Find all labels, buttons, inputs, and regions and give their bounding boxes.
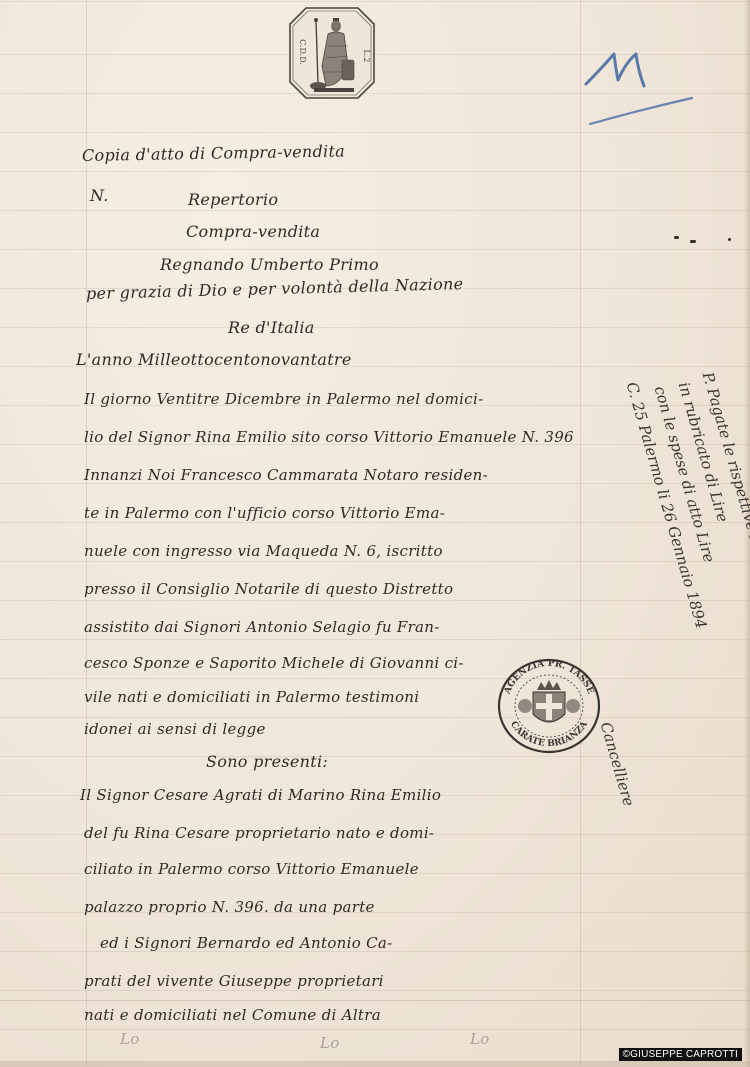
body-line: ed i Signori Bernardo ed Antonio Ca- — [100, 934, 393, 952]
ink-blot — [728, 238, 731, 241]
paper-edge-bottom — [0, 1061, 750, 1067]
bleed-through-mark: Lo — [320, 1034, 340, 1052]
savoy-shield-icon — [518, 680, 580, 722]
year-line: L'anno Milleottocentonovantatre — [76, 350, 352, 369]
body-line: palazzo proprio N. 396. da una parte — [84, 898, 375, 916]
repertorio-label: Repertorio — [188, 190, 278, 209]
fold-line — [0, 1000, 750, 1001]
tax-agency-seal: AGENZIA PR. TASSE CARATE BRIANZA — [493, 656, 605, 756]
bleed-through-mark: Lo — [470, 1030, 490, 1048]
blue-crayon-mark — [580, 40, 700, 125]
body-line: vile nati e domiciliati in Palermo testi… — [84, 688, 419, 706]
stamp-italia-figure-icon: C.D.D. L.2 — [288, 6, 376, 100]
document-page: C.D.D. L.2 Copia d'atto di Compra-vendit… — [0, 0, 750, 1067]
revenue-stamp: C.D.D. L.2 — [288, 6, 376, 100]
body-line: assistito dai Signori Antonio Selagio fu… — [84, 618, 440, 636]
body-line: presso il Consiglio Notarile di questo D… — [84, 580, 453, 598]
body-line: lio del Signor Rina Emilio sito corso Vi… — [84, 428, 574, 446]
bleed-through-mark: Lo — [120, 1030, 140, 1048]
body-line: nuele con ingresso via Maqueda N. 6, isc… — [84, 542, 443, 560]
deed-number-label: N. — [90, 186, 109, 205]
body-line: Il Signor Cesare Agrati di Marino Rina E… — [80, 786, 441, 804]
body-line: Innanzi Noi Francesco Cammarata Notaro r… — [84, 466, 488, 484]
body-line: del fu Rina Cesare proprietario nato e d… — [84, 824, 434, 842]
reign-line: Regnando Umberto Primo — [160, 255, 379, 274]
svg-text:L.2: L.2 — [362, 50, 371, 63]
body-line: cesco Sponze e Saporito Michele di Giova… — [84, 654, 464, 672]
right-margin-rule — [580, 0, 581, 1067]
body-line: Il giorno Ventitre Dicembre in Palermo n… — [84, 390, 483, 408]
deed-subtitle: Compra-vendita — [186, 222, 320, 241]
section-heading: Sono presenti: — [206, 752, 328, 771]
copyright-watermark: ©GIUSEPPE CAPROTTI — [619, 1048, 742, 1061]
svg-text:AGENZIA PR. TASSE: AGENZIA PR. TASSE — [502, 659, 595, 697]
reign-line-3: Re d'Italia — [228, 318, 315, 337]
body-line: nati e domiciliati nel Comune di Altra — [84, 1006, 381, 1024]
body-line: prati del vivente Giuseppe proprietari — [84, 972, 384, 990]
ink-blot — [674, 236, 679, 239]
body-line: ciliato in Palermo corso Vittorio Emanue… — [84, 860, 419, 878]
svg-text:C.D.D.: C.D.D. — [298, 39, 307, 65]
body-line: idonei ai sensi di legge — [84, 720, 266, 738]
ink-blot — [690, 240, 696, 243]
body-line: te in Palermo con l'ufficio corso Vittor… — [84, 504, 445, 522]
